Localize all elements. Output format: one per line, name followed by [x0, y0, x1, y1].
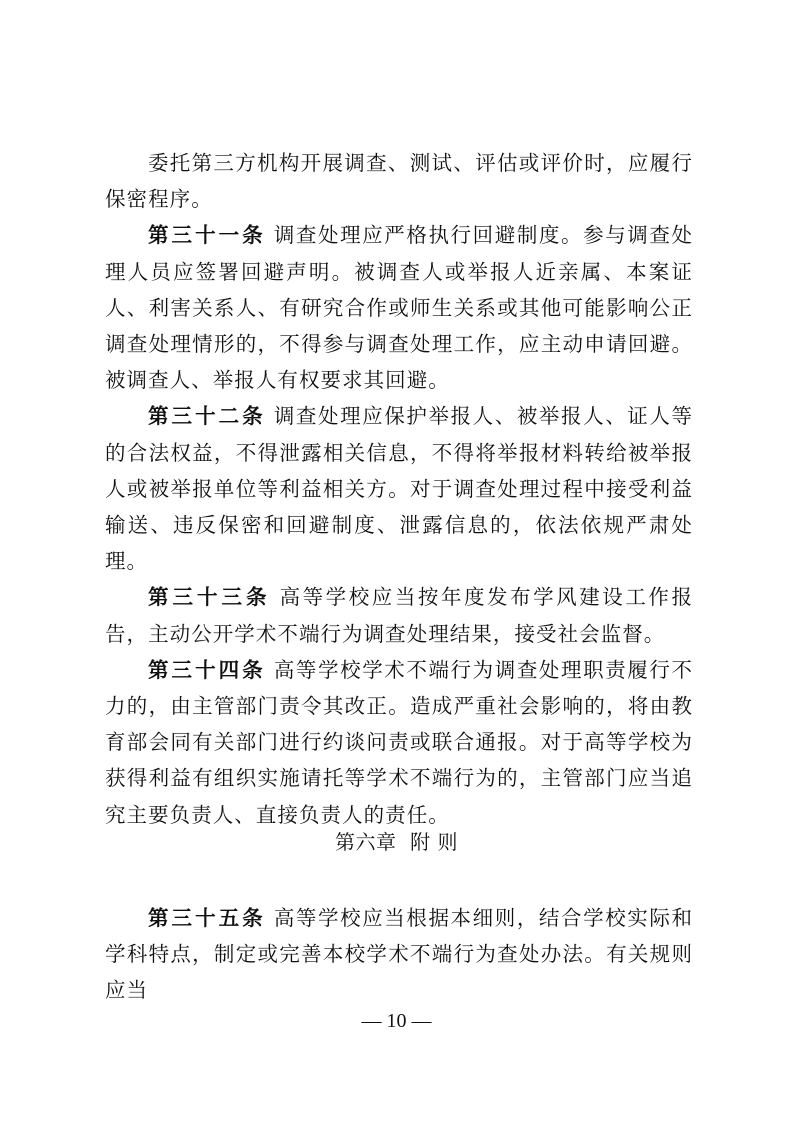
page-number: — 10 —: [0, 1010, 793, 1033]
body-text-lower: 第三十五条 高等学校应当根据本细则，结合学校实际和学科特点，制定或完善本校学术不…: [105, 900, 693, 1009]
article-number: 第三十四条: [148, 658, 266, 682]
paragraph-article-32: 第三十二条 调查处理应保护举报人、被举报人、证人等的合法权益，不得泄露相关信息，…: [105, 398, 693, 579]
article-number: 第三十一条: [148, 223, 266, 247]
article-number: 第三十三条: [148, 585, 271, 609]
paragraph-text: 高等学校学术不端行为调查处理职责履行不力的，由主管部门责令其改正。造成严重社会影…: [105, 658, 693, 827]
article-number: 第三十五条: [148, 906, 266, 930]
document-page: 委托第三方机构开展调查、测试、评估或评价时，应履行保密程序。 第三十一条 调查处…: [0, 0, 793, 1122]
paragraph-continuation: 委托第三方机构开展调查、测试、评估或评价时，应履行保密程序。: [105, 145, 693, 217]
chapter-title: 第六章 附 则: [0, 826, 793, 855]
paragraph-article-31: 第三十一条 调查处理应严格执行回避制度。参与调查处理人员应签署回避声明。被调查人…: [105, 217, 693, 398]
paragraph-article-35: 第三十五条 高等学校应当根据本细则，结合学校实际和学科特点，制定或完善本校学术不…: [105, 900, 693, 1009]
paragraph-text: 调查处理应严格执行回避制度。参与调查处理人员应签署回避声明。被调查人或举报人近亲…: [105, 223, 693, 392]
paragraph-text: 调查处理应保护举报人、被举报人、证人等的合法权益，不得泄露相关信息，不得将举报材…: [105, 404, 693, 573]
paragraph-article-34: 第三十四条 高等学校学术不端行为调查处理职责履行不力的，由主管部门责令其改正。造…: [105, 652, 693, 833]
body-text-upper: 委托第三方机构开展调查、测试、评估或评价时，应履行保密程序。 第三十一条 调查处…: [105, 145, 693, 833]
paragraph-text: 委托第三方机构开展调查、测试、评估或评价时，应履行保密程序。: [105, 151, 693, 211]
paragraph-article-33: 第三十三条 高等学校应当按年度发布学风建设工作报告，主动公开学术不端行为调查处理…: [105, 579, 693, 651]
article-number: 第三十二条: [148, 404, 266, 428]
